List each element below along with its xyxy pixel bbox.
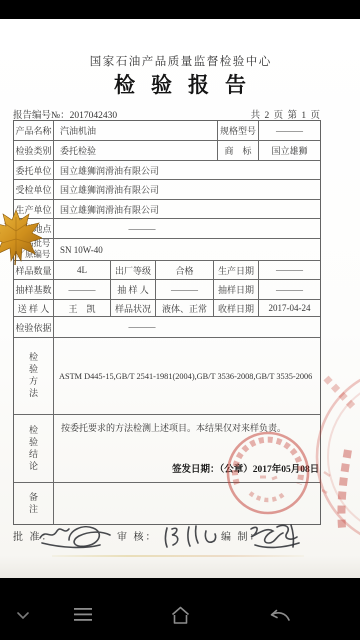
sampling-date-value: ——— — [259, 280, 320, 299]
report-number-row: 报告编号№：2017042430 共 2 页 第 1 页 — [13, 107, 321, 121]
menu-icon[interactable] — [74, 607, 92, 622]
sender-label: 送 样 人 — [14, 300, 54, 316]
product-name-label: 产品名称 — [14, 121, 54, 140]
phone-screen: 国家石油产品质量监督检验中心 检验报告 报告编号№：2017042430 共 2… — [0, 0, 360, 640]
table-row: 委托单位 国立雄狮润滑油有限公司 — [14, 161, 320, 180]
client-label: 委托单位 — [14, 161, 54, 179]
pagination: 共 2 页 第 1 页 — [251, 107, 321, 121]
table-row: 检验方法 ASTM D445-15,GB/T 2541-1981(2004),G… — [14, 338, 320, 415]
review-signature — [162, 524, 218, 550]
manufacturer-label: 生产单位 — [14, 200, 54, 218]
report-page: 国家石油产品质量监督检验中心 检验报告 报告编号№：2017042430 共 2… — [0, 19, 360, 578]
state-value: 液体、正常 — [156, 300, 214, 316]
table-row: 生产单位 国立雄狮润滑油有限公司 — [14, 200, 320, 219]
review-label: 审 核： — [117, 528, 158, 543]
conclusion-cell: 按委托要求的方法检测上述项目。本结果仅对来样负责。 签发日期：（公章）2017年… — [54, 415, 320, 482]
home-icon[interactable] — [170, 605, 191, 626]
batch-value: SN 10W-40 — [54, 239, 320, 260]
notes-value — [54, 483, 320, 524]
category-label: 检验类别 — [14, 141, 54, 160]
inspection-center-name: 国家石油产品质量监督检验中心 — [0, 53, 360, 69]
android-nav-bar — [0, 578, 360, 640]
back-icon[interactable] — [268, 608, 291, 623]
table-row: 检验结论 按委托要求的方法检测上述项目。本结果仅对来样负责。 签发日期：（公章）… — [14, 415, 320, 483]
method-label: 检验方法 — [14, 338, 54, 414]
quantity-value: 4L — [54, 261, 111, 279]
sampler-value: ——— — [156, 280, 214, 299]
grade-value: 合格 — [156, 261, 214, 279]
inspected-label: 受检单位 — [14, 180, 54, 199]
approve-label: 批 准： — [13, 528, 54, 543]
trademark-label: 商 标 — [218, 141, 259, 160]
footer-accent-line — [52, 555, 304, 557]
basis-value: ——— — [54, 317, 320, 337]
batch-label: 样品批号 ／原编号 — [14, 239, 54, 260]
table-row: 样品批号 ／原编号 SN 10W-40 — [14, 239, 320, 261]
issue-date-line: 签发日期：（公章）2017年05月08日 — [172, 461, 319, 475]
conclusion-label: 检验结论 — [14, 415, 54, 482]
table-row: 送 样 人 王 凯 样品状况 液体、正常 收样日期 2017-04-24 — [14, 300, 320, 317]
sampler-label: 抽 样 人 — [111, 280, 156, 299]
manufacturer-value: 国立雄狮润滑油有限公司 — [54, 200, 320, 218]
base-value: ——— — [54, 280, 111, 299]
table-row: 检验依据 ——— — [14, 317, 320, 338]
method-value: ASTM D445-15,GB/T 2541-1981(2004),GB/T 3… — [54, 338, 320, 414]
prod-date-label: 生产日期 — [214, 261, 259, 279]
table-row: 备注 — [14, 483, 320, 524]
spec-label: 规格型号 — [218, 121, 259, 140]
table-row: 抽样地点 ——— — [14, 219, 320, 239]
spec-value: ——— — [259, 121, 320, 140]
sender-value: 王 凯 — [54, 300, 111, 316]
category-value: 委托检验 — [54, 141, 218, 160]
inspected-value: 国立雄狮润滑油有限公司 — [54, 180, 320, 199]
report-title: 检验报告 — [0, 69, 360, 99]
state-label: 样品状况 — [111, 300, 156, 316]
notes-label: 备注 — [14, 483, 54, 524]
table-row: 抽样基数 ——— 抽 样 人 ——— 抽样日期 ——— — [14, 280, 320, 300]
receive-date-label: 收样日期 — [214, 300, 259, 316]
table-row: 产品名称 汽油机油 规格型号 ——— — [14, 121, 320, 141]
sampling-place-value: ——— — [54, 219, 320, 238]
product-name-value: 汽油机油 — [54, 121, 218, 140]
table-row: 样品数量 4L 出厂等级 合格 生产日期 ——— — [14, 261, 320, 280]
chevron-down-icon[interactable] — [16, 611, 30, 621]
client-value: 国立雄狮润滑油有限公司 — [54, 161, 320, 179]
report-table: 产品名称 汽油机油 规格型号 ——— 检验类别 委托检验 商 标 国立雄狮 委托… — [13, 120, 321, 525]
sampling-date-label: 抽样日期 — [214, 280, 259, 299]
conclusion-text: 按委托要求的方法检测上述项目。本结果仅对来样负责。 — [61, 421, 314, 434]
base-label: 抽样基数 — [14, 280, 54, 299]
grade-label: 出厂等级 — [111, 261, 156, 279]
basis-label: 检验依据 — [14, 317, 54, 337]
prod-date-value: ——— — [259, 261, 320, 279]
receive-date-value: 2017-04-24 — [259, 300, 320, 316]
quantity-label: 样品数量 — [14, 261, 54, 279]
table-row: 检验类别 委托检验 商 标 国立雄狮 — [14, 141, 320, 161]
table-row: 受检单位 国立雄狮润滑油有限公司 — [14, 180, 320, 200]
compile-label: 编 制： — [221, 528, 262, 543]
trademark-value: 国立雄狮 — [259, 141, 320, 160]
sampling-place-label: 抽样地点 — [14, 219, 54, 238]
